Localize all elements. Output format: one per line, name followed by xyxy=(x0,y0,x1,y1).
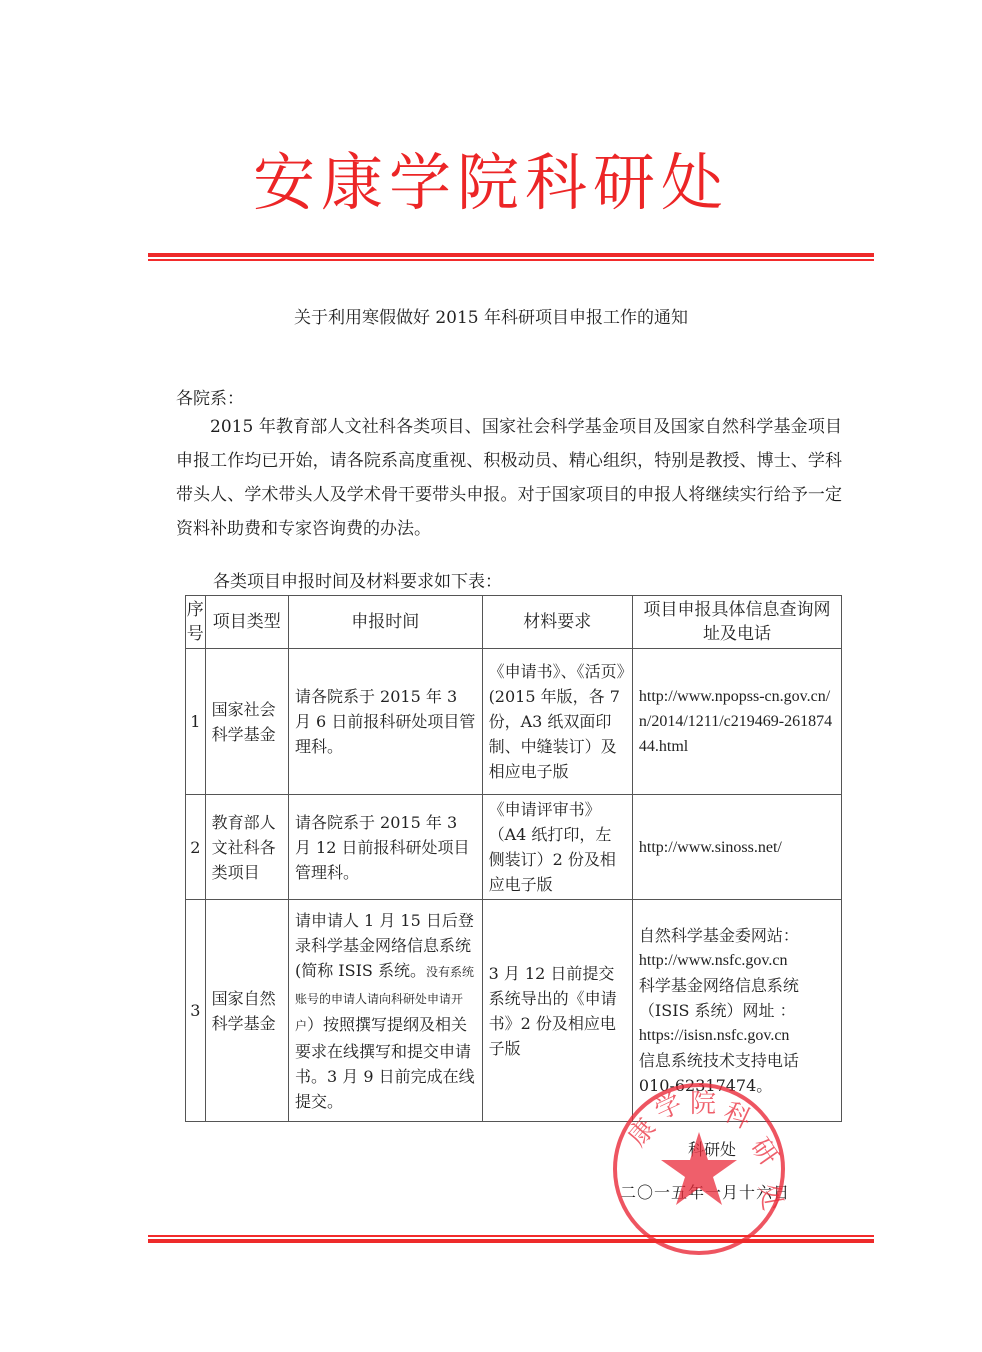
footer-rule-thick xyxy=(148,1239,874,1243)
document-title: 关于利用寒假做好 2015 年科研项目申报工作的通知 xyxy=(0,303,982,328)
info-link-isis[interactable]: https://isisn.nsfc.gov.cn xyxy=(639,1023,835,1048)
row-time: 请申请人 1 月 15 日后登录科学基金网络信息系统(简称 ISIS 系统。没有… xyxy=(288,900,482,1122)
header-time: 申报时间 xyxy=(288,596,482,649)
row-time: 请各院系于 2015 年 3 月 12 日前报科研处项目管理科。 xyxy=(288,795,482,900)
signature-date: 二〇一五年一月十六日 xyxy=(620,1180,790,1203)
table-row: 3 国家自然科学基金 请申请人 1 月 15 日后登录科学基金网络信息系统(简称… xyxy=(186,900,842,1122)
row-info: 自然科学基金委网站： http://www.nsfc.gov.cn 科学基金网络… xyxy=(632,900,841,1122)
info-link-nsfc[interactable]: http://www.nsfc.gov.cn xyxy=(639,948,835,973)
info-support-phone: 信息系统技术支持电话 010-62317474。 xyxy=(639,1048,835,1098)
requirements-table: 序号 项目类型 申报时间 材料要求 项目申报具体信息查询网址及电话 1 国家社会… xyxy=(185,595,842,1122)
row-info-link[interactable]: http://www.npopss-cn.gov.cn/n/2014/1211/… xyxy=(632,649,841,795)
header-rule-thick xyxy=(148,253,874,257)
row-no: 1 xyxy=(186,649,206,795)
row-materials: 《申请评审书》（A4 纸打印，左侧装订）2 份及相应电子版 xyxy=(482,795,632,900)
row-materials: 《申请书》、《活页》(2015 年版，各 7 份，A3 纸双面印制、中缝装订）及… xyxy=(482,649,632,795)
row-type: 国家自然科学基金 xyxy=(205,900,288,1122)
row-type: 教育部人文社科各类项目 xyxy=(205,795,288,900)
row-type: 国家社会科学基金 xyxy=(205,649,288,795)
header-no: 序号 xyxy=(186,596,206,649)
body-paragraph: 2015 年教育部人文社科各类项目、国家社会科学基金项目及国家自然科学基金项目申… xyxy=(176,410,842,546)
svg-text:研: 研 xyxy=(744,1133,783,1172)
header-materials: 材料要求 xyxy=(482,596,632,649)
header-rule-thin xyxy=(148,259,874,261)
table-header-row: 序号 项目类型 申报时间 材料要求 项目申报具体信息查询网址及电话 xyxy=(186,596,842,649)
row-time: 请各院系于 2015 年 3 月 6 日前报科研处项目管理科。 xyxy=(288,649,482,795)
row-materials: 3 月 12 日前提交系统导出的《申请书》2 份及相应电子版 xyxy=(482,900,632,1122)
signature: 科研处 xyxy=(688,1137,736,1160)
row-no: 2 xyxy=(186,795,206,900)
row-info-link[interactable]: http://www.sinoss.net/ xyxy=(632,795,841,900)
row-no: 3 xyxy=(186,900,206,1122)
table-row: 2 教育部人文社科各类项目 请各院系于 2015 年 3 月 12 日前报科研处… xyxy=(186,795,842,900)
row-time-part2: ）按照撰写提纲及相关要求在线撰写和提交申请书。3 月 9 日前完成在线提交。 xyxy=(295,1015,475,1111)
table-intro: 各类项目申报时间及材料要求如下表： xyxy=(213,567,502,592)
table-row: 1 国家社会科学基金 请各院系于 2015 年 3 月 6 日前报科研处项目管理… xyxy=(186,649,842,795)
header-type: 项目类型 xyxy=(205,596,288,649)
salutation: 各院系： xyxy=(176,384,244,409)
header-info: 项目申报具体信息查询网址及电话 xyxy=(632,596,841,649)
info-label-isis: 科学基金网络信息系统（ISIS 系统）网址 ： xyxy=(639,973,835,1023)
info-label-nsfc: 自然科学基金委网站： xyxy=(639,923,835,948)
footer-rule-thin xyxy=(148,1235,874,1237)
masthead-title: 安康学院科研处 xyxy=(0,148,982,218)
